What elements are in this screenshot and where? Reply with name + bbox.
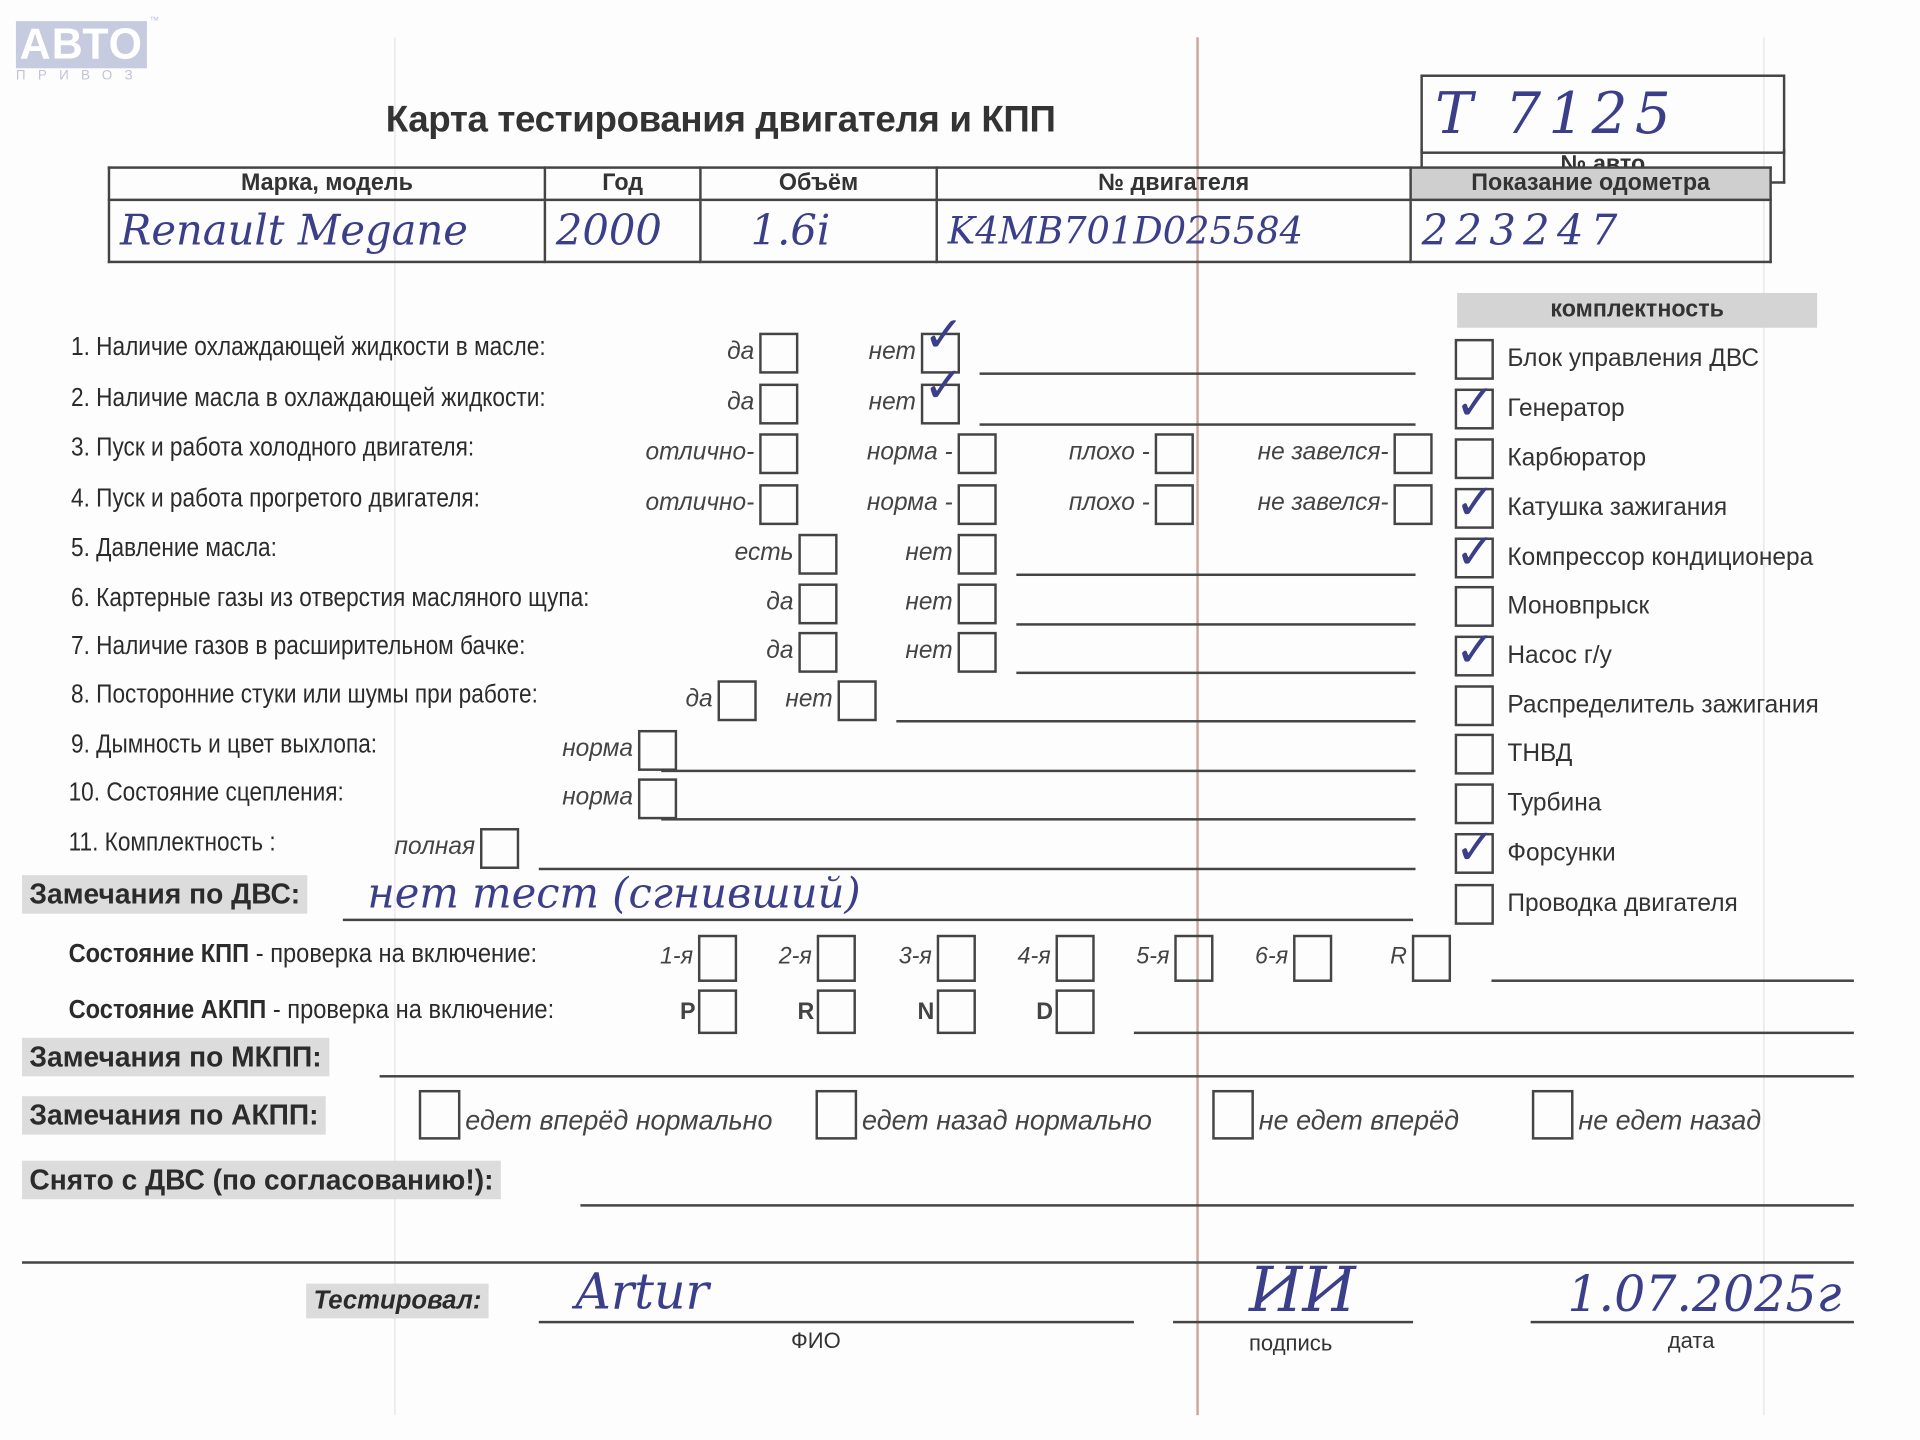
check-row-7-option-label: нет	[905, 637, 952, 666]
kpp-gear-label: 3-я	[899, 943, 932, 970]
kpp-gear-label: 5-я	[1136, 943, 1169, 970]
check-row-5-checkbox[interactable]	[958, 534, 997, 575]
check-row-1-option-label: да	[727, 338, 754, 367]
remarks-dvs-line	[343, 919, 1413, 921]
check-row-7-checkbox[interactable]	[798, 632, 837, 673]
kit-checkbox[interactable]	[1455, 884, 1494, 925]
value-year[interactable]: 2000	[545, 200, 701, 262]
kit-item-label: Блок управления ДВС	[1507, 345, 1759, 374]
test-card-page: АВТО ПРИВОЗ ™ Карта тестирования двигате…	[0, 0, 1920, 1440]
check-row-4-checkbox[interactable]	[958, 484, 997, 525]
akpp-remark-label: едет вперёд нормально	[465, 1105, 772, 1137]
tester-name[interactable]: Artur	[576, 1264, 709, 1321]
car-number-value: T 7125	[1435, 79, 1678, 146]
kpp-gear-checkbox[interactable]	[1293, 935, 1332, 982]
value-odometer[interactable]: 223247	[1411, 200, 1771, 262]
check-row-10-checkbox[interactable]	[638, 778, 677, 819]
remarks-dvs-value[interactable]: нет тест (сгнивший)	[367, 869, 860, 919]
kit-checkbox[interactable]	[1455, 538, 1494, 579]
akpp-remark-checkbox[interactable]	[1212, 1090, 1254, 1140]
kit-checkbox[interactable]	[1455, 833, 1494, 874]
check-row-6-checkbox[interactable]	[958, 583, 997, 624]
value-make-model[interactable]: Renault Megane	[109, 200, 545, 262]
check-row-6-option-label: да	[766, 588, 793, 617]
kit-checkbox[interactable]	[1455, 636, 1494, 677]
remarks-mkpp-line	[380, 1075, 1854, 1077]
logo-trademark: ™	[149, 15, 159, 26]
check-row-4-option-label: норма -	[867, 489, 953, 518]
check-row-4-checkbox[interactable]	[759, 484, 798, 525]
col-make-model: Марка, модель	[109, 168, 545, 200]
check-row-3-checkbox[interactable]	[759, 433, 798, 474]
akpp-mode-checkbox[interactable]	[937, 989, 976, 1034]
check-row-4-option-label: отлично-	[645, 489, 754, 518]
check-row-3-option-label: отлично-	[645, 438, 754, 467]
kit-checkbox[interactable]	[1455, 734, 1494, 775]
check-row-10-notes-line	[661, 818, 1415, 820]
kit-checkbox[interactable]	[1455, 783, 1494, 824]
kit-item-label: Турбина	[1507, 790, 1601, 819]
akpp-mode-checkbox[interactable]	[1056, 989, 1095, 1034]
logo-subtitle: ПРИВОЗ	[16, 68, 145, 83]
check-row-9-notes-line	[661, 770, 1415, 772]
check-row-3-checkbox[interactable]	[958, 433, 997, 474]
value-engine-number[interactable]: K4MB701D025584	[937, 200, 1411, 262]
check-row-9-checkbox[interactable]	[638, 730, 677, 771]
check-row-6-notes-line	[1016, 623, 1415, 625]
kpp-gear-label: 2-я	[779, 943, 812, 970]
kpp-gear-checkbox[interactable]	[817, 935, 856, 982]
page-title: Карта тестирования двигателя и КПП	[386, 99, 1056, 141]
kit-item-label: Распределитель зажигания	[1507, 691, 1818, 720]
kit-item-label: Форсунки	[1507, 839, 1615, 868]
check-row-2-notes-line	[980, 423, 1416, 425]
akpp-mode-label: D	[1036, 999, 1053, 1026]
remarks-mkpp-label: Замечания по МКПП:	[22, 1038, 329, 1076]
check-row-9-label: 9. Дымность и цвет выхлопа:	[71, 730, 377, 760]
akpp-notes-line	[1134, 1032, 1854, 1034]
akpp-mode-label: R	[797, 999, 814, 1026]
kpp-gear-checkbox[interactable]	[1412, 935, 1451, 982]
signature-caption: подпись	[1249, 1331, 1332, 1357]
removed-parts-line-2	[22, 1261, 1854, 1263]
akpp-remark-label: не едет назад	[1578, 1105, 1761, 1137]
test-date[interactable]: 1.07.2025г	[1567, 1266, 1841, 1323]
check-row-5-option-label: нет	[905, 539, 952, 568]
check-row-3-option-label: не завелся-	[1258, 438, 1389, 467]
kit-item-label: Катушка зажигания	[1507, 494, 1727, 523]
kpp-label-bold: Состояние КПП	[69, 940, 250, 969]
check-row-10-label: 10. Состояние сцепления:	[69, 778, 344, 808]
akpp-label-bold: Состояние АКПП	[69, 996, 267, 1025]
kpp-gear-checkbox[interactable]	[937, 935, 976, 982]
kpp-gear-label: R	[1390, 943, 1407, 970]
logo: АВТО	[16, 21, 147, 68]
col-volume: Объём	[700, 168, 936, 200]
check-row-11-label: 11. Комплектность :	[69, 828, 276, 858]
check-row-2-label: 2. Наличие масла в охлаждающей жидкости:	[71, 384, 546, 414]
kpp-gear-label: 6-я	[1255, 943, 1288, 970]
check-row-1-option-label: нет	[869, 338, 916, 367]
kpp-gear-label: 4-я	[1018, 943, 1051, 970]
kit-item-label: Проводка двигателя	[1507, 890, 1737, 919]
check-row-3-label: 3. Пуск и работа холодного двигателя:	[71, 433, 474, 463]
check-row-4-option-label: плохо -	[1069, 489, 1150, 518]
kpp-gear-checkbox[interactable]	[1174, 935, 1213, 982]
check-row-11-checkbox[interactable]	[480, 828, 519, 869]
remarks-akpp-label: Замечания по АКПП:	[22, 1096, 326, 1134]
check-row-8-option-label: да	[685, 685, 712, 714]
kpp-notes-line	[1491, 979, 1853, 981]
kpp-gear-label: 1-я	[660, 943, 693, 970]
kit-checkbox[interactable]	[1455, 488, 1494, 529]
akpp-remark-checkbox[interactable]	[816, 1090, 858, 1140]
kit-item-label: Моновпрыск	[1507, 592, 1649, 621]
kit-checkbox[interactable]	[1455, 685, 1494, 726]
kpp-label-rest: - проверка на включение:	[249, 940, 537, 969]
removed-parts-label: Снято с ДВС (по согласованию!):	[22, 1161, 501, 1199]
check-row-9-option-label: норма	[562, 735, 633, 764]
check-row-5-notes-line	[1016, 574, 1415, 576]
kit-title: комплектность	[1457, 293, 1817, 328]
kit-item-label: Насос г/у	[1507, 642, 1611, 671]
akpp-mode-label: P	[680, 999, 696, 1026]
check-row-6-checkbox[interactable]	[798, 583, 837, 624]
kit-checkbox[interactable]	[1455, 339, 1494, 380]
akpp-remark-label: не едет вперёд	[1259, 1105, 1459, 1137]
date-caption: дата	[1668, 1328, 1715, 1354]
check-row-3-checkbox[interactable]	[1155, 433, 1194, 474]
akpp-remark-checkbox[interactable]	[419, 1090, 461, 1140]
tester-name-caption: ФИО	[791, 1328, 841, 1354]
col-year: Год	[545, 168, 701, 200]
akpp-label: Состояние АКПП - проверка на включение:	[69, 996, 555, 1026]
check-row-4-option-label: не завелся-	[1258, 489, 1389, 518]
check-row-7-label: 7. Наличие газов в расширительном бачке:	[71, 632, 525, 662]
removed-parts-line	[580, 1204, 1853, 1206]
check-row-1-notes-line	[980, 372, 1416, 374]
kit-item-label: ТНВД	[1507, 740, 1572, 769]
check-row-5-option-label: есть	[735, 539, 794, 568]
signature[interactable]: ИИ	[1249, 1254, 1356, 1326]
check-row-7-option-label: да	[766, 637, 793, 666]
check-row-5-checkbox[interactable]	[798, 534, 837, 575]
check-row-7-notes-line	[1016, 672, 1415, 674]
check-row-8-option-label: нет	[785, 685, 832, 714]
check-row-2-checkbox[interactable]	[759, 384, 798, 425]
kit-item-label: Карбюратор	[1507, 444, 1646, 473]
remarks-dvs-label: Замечания по ДВС:	[22, 875, 307, 913]
kit-checkbox[interactable]	[1455, 389, 1494, 430]
check-row-1-label: 1. Наличие охлаждающей жидкости в масле:	[71, 333, 546, 363]
tester-name-line	[539, 1321, 1134, 1323]
check-row-4-checkbox[interactable]	[1393, 484, 1432, 525]
akpp-label-rest: - проверка на включение:	[266, 996, 554, 1025]
akpp-mode-checkbox[interactable]	[817, 989, 856, 1034]
tested-by-label: Тестировал:	[306, 1284, 489, 1319]
kpp-gear-checkbox[interactable]	[698, 935, 737, 982]
akpp-remark-checkbox[interactable]	[1532, 1090, 1574, 1140]
check-row-2-option-label: да	[727, 389, 754, 418]
kit-item-label: Компрессор кондиционера	[1507, 544, 1813, 573]
check-row-1-checkbox[interactable]	[759, 333, 798, 374]
car-number-box: T 7125	[1420, 74, 1785, 153]
akpp-mode-label: N	[917, 999, 934, 1026]
check-row-6-label: 6. Картерные газы из отверстия масляного…	[71, 583, 589, 613]
check-row-5-label: 5. Давление масла:	[71, 534, 277, 564]
check-row-4-label: 4. Пуск и работа прогретого двигателя:	[71, 484, 480, 514]
kit-checkbox[interactable]	[1455, 586, 1494, 627]
check-row-11-option-label: полная	[395, 833, 476, 862]
kit-checkbox[interactable]	[1455, 438, 1494, 479]
check-row-8-notes-line	[896, 720, 1415, 722]
akpp-mode-checkbox[interactable]	[698, 989, 737, 1034]
check-row-8-checkbox[interactable]	[718, 680, 757, 721]
check-row-10-option-label: норма	[562, 783, 633, 812]
check-row-3-option-label: норма -	[867, 438, 953, 467]
check-row-2-option-label: нет	[869, 389, 916, 418]
kpp-gear-checkbox[interactable]	[1056, 935, 1095, 982]
akpp-remark-label: едет назад нормально	[862, 1105, 1152, 1137]
kit-item-label: Генератор	[1507, 395, 1624, 424]
check-row-7-checkbox[interactable]	[958, 632, 997, 673]
vehicle-info-table: Марка, модель Год Объём № двигателя Пока…	[108, 166, 1772, 263]
check-row-2-checkbox[interactable]	[921, 384, 960, 425]
check-row-3-checkbox[interactable]	[1393, 433, 1432, 474]
check-row-4-checkbox[interactable]	[1155, 484, 1194, 525]
check-row-8-checkbox[interactable]	[838, 680, 877, 721]
check-row-6-option-label: нет	[905, 588, 952, 617]
col-odometer: Показание одометра	[1411, 168, 1771, 200]
check-row-3-option-label: плохо -	[1069, 438, 1150, 467]
check-row-1-checkbox[interactable]	[921, 333, 960, 374]
kpp-label: Состояние КПП - проверка на включение:	[69, 940, 537, 970]
value-volume[interactable]: 1.6i	[700, 200, 936, 262]
col-engine-number: № двигателя	[937, 168, 1411, 200]
check-row-8-label: 8. Посторонние стуки или шумы при работе…	[71, 680, 538, 710]
